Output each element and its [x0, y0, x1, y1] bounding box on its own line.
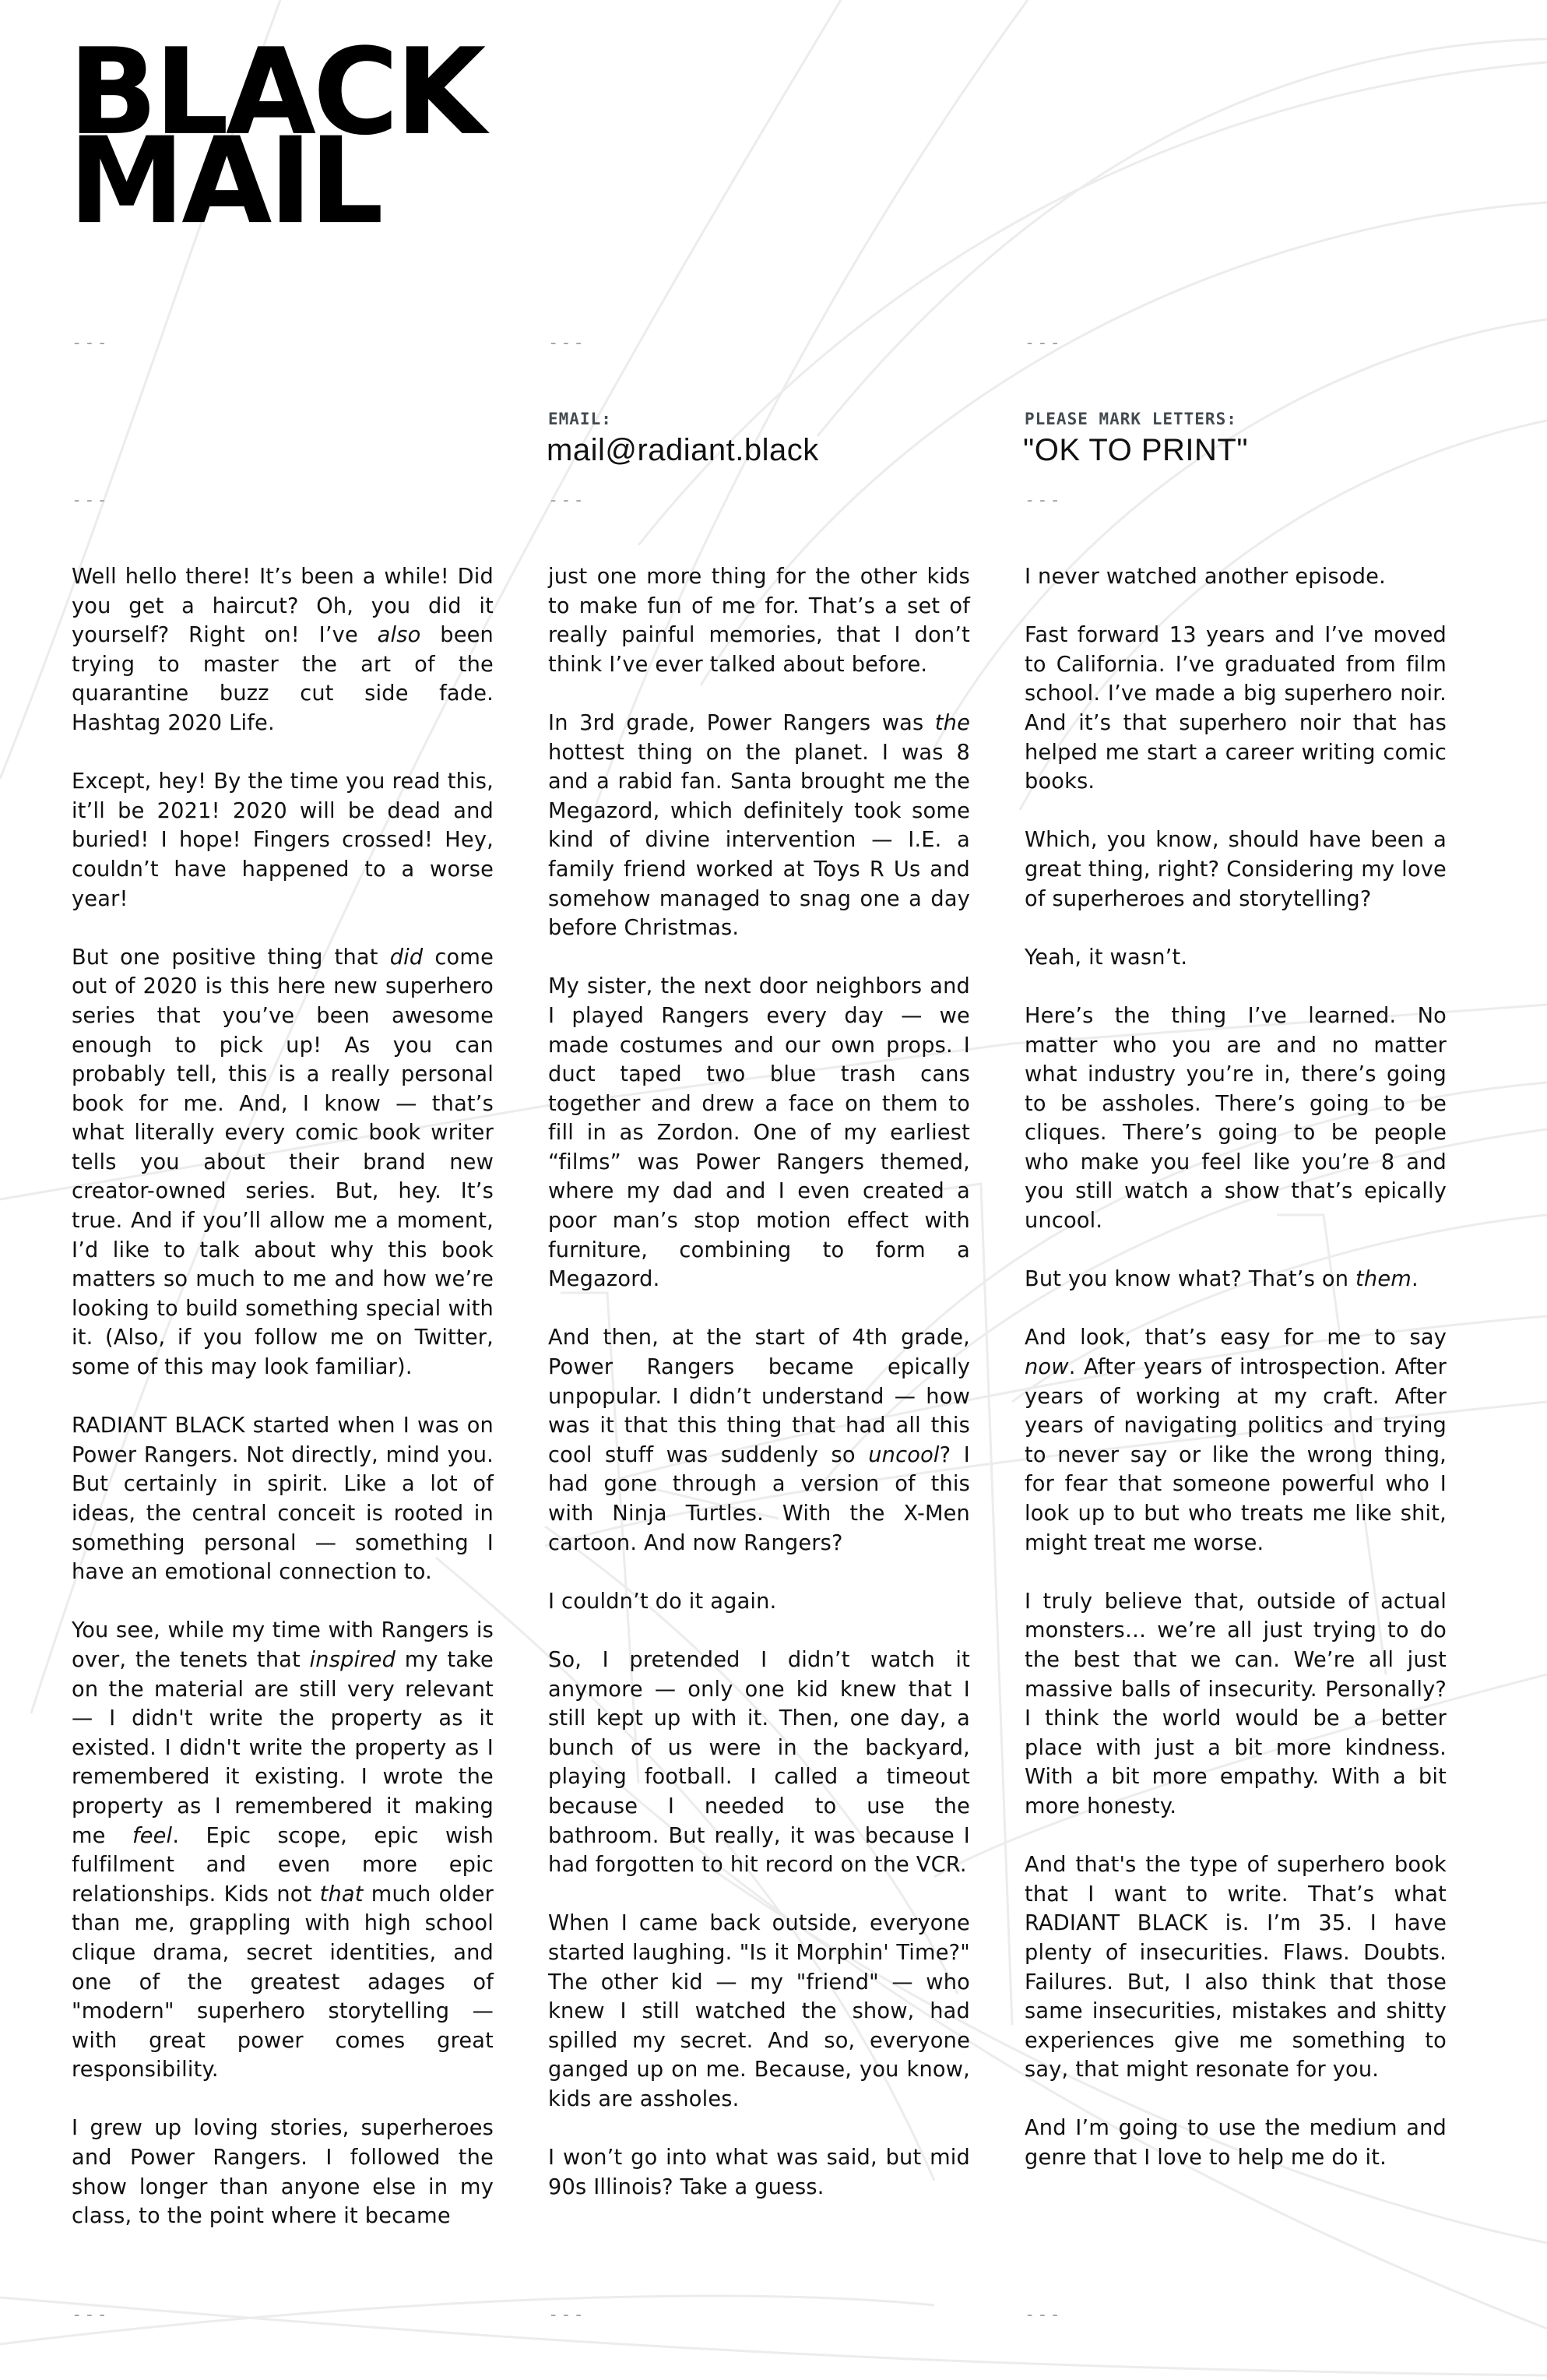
email-address: mail@radiant.black	[547, 433, 819, 468]
emphasis: also	[378, 623, 421, 647]
divider: ---	[1025, 335, 1063, 352]
emphasis: feel	[132, 1824, 172, 1848]
letter-paragraph: In 3rd grade, Power Rangers was the hott…	[548, 709, 970, 943]
letter-paragraph: Except, hey! By the time you read this, …	[72, 767, 494, 914]
emphasis: uncool	[868, 1443, 939, 1467]
letter-column-2: just one more thing for the other kids t…	[548, 562, 970, 2202]
letter-paragraph: I never watched another episode.	[1025, 562, 1447, 592]
letter-paragraph: But one positive thing that did come out…	[72, 943, 494, 1382]
letter-paragraph: And I’m going to use the medium and genr…	[1025, 2114, 1447, 2172]
divider: ---	[548, 492, 586, 509]
letter-paragraph: But you know what? That’s on them.	[1025, 1265, 1447, 1294]
emphasis: did	[390, 945, 424, 970]
letter-paragraph: And then, at the start of 4th grade, Pow…	[548, 1323, 970, 1558]
letter-paragraph: I couldn’t do it again.	[548, 1587, 970, 1617]
letter-paragraph: And look, that’s easy for me to say now.…	[1025, 1323, 1447, 1558]
letter-paragraph: Which, you know, should have been a grea…	[1025, 826, 1447, 914]
divider: ---	[72, 2307, 110, 2324]
divider: ---	[1025, 492, 1063, 509]
divider: ---	[72, 335, 110, 352]
emphasis: now	[1025, 1355, 1069, 1379]
letter-paragraph: Yeah, it wasn’t.	[1025, 943, 1447, 973]
letter-paragraph: I won’t go into what was said, but mid 9…	[548, 2143, 970, 2202]
mark-letters-value: "OK TO PRINT"	[1023, 433, 1248, 468]
letter-paragraph: I truly believe that, outside of actual …	[1025, 1587, 1447, 1822]
letter-paragraph: I grew up loving stories, superheroes an…	[72, 2114, 494, 2230]
page-title: BLACK MAIL	[69, 48, 483, 226]
emphasis: the	[935, 711, 970, 735]
letter-paragraph: Well hello there! It’s been a while! Did…	[72, 562, 494, 738]
letter-paragraph: And that's the type of superhero book th…	[1025, 1850, 1447, 2085]
letter-paragraph: My sister, the next door neighbors and I…	[548, 972, 970, 1294]
emphasis: inspired	[310, 1648, 396, 1672]
divider: ---	[548, 335, 586, 352]
emphasis: them	[1355, 1267, 1412, 1291]
letter-paragraph: You see, while my time with Rangers is o…	[72, 1616, 494, 2085]
letter-paragraph: RADIANT BLACK started when I was on Powe…	[72, 1411, 494, 1587]
letter-column-3: I never watched another episode.Fast for…	[1025, 562, 1447, 2173]
letter-paragraph: just one more thing for the other kids t…	[548, 562, 970, 679]
letter-paragraph: Fast forward 13 years and I’ve moved to …	[1025, 621, 1447, 797]
emphasis: that	[320, 1882, 364, 1906]
divider: ---	[1025, 2307, 1063, 2324]
letter-paragraph: Here’s the thing I’ve learned. No matter…	[1025, 1002, 1447, 1236]
divider: ---	[72, 492, 110, 509]
letter-column-1: Well hello there! It’s been a while! Did…	[72, 562, 494, 2231]
email-label: EMAIL:	[548, 410, 612, 428]
letter-paragraph: When I came back outside, everyone start…	[548, 1909, 970, 2114]
mark-letters-label: PLEASE MARK LETTERS:	[1025, 410, 1237, 428]
divider: ---	[548, 2307, 586, 2324]
letter-paragraph: So, I pretended I didn’t watch it anymor…	[548, 1646, 970, 1880]
